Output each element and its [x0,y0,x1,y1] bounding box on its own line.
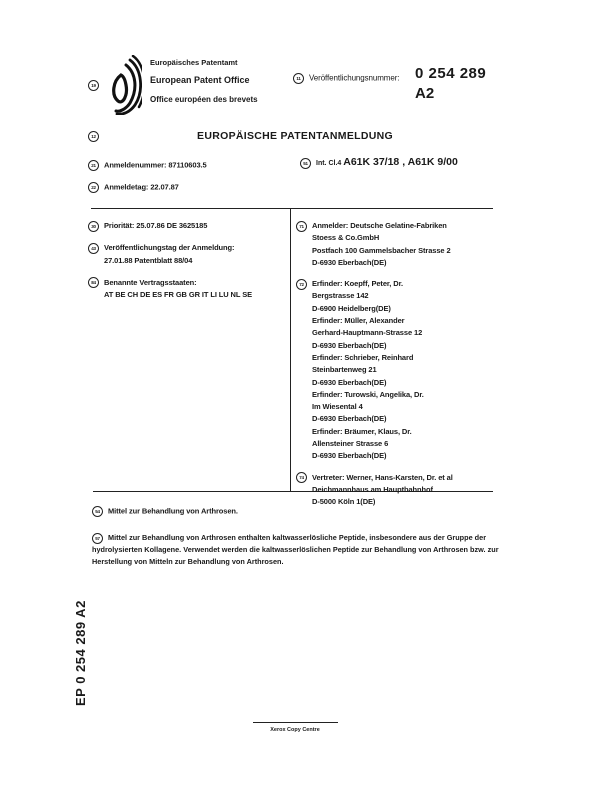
filing-date-label: Anmeldetag: [104,182,148,191]
priority-label: Priorität: [104,221,134,230]
inid-code-57: 57 [92,533,103,544]
inid-code-74: 74 [296,472,307,483]
inid-code-54: 54 [92,506,103,517]
inid-code-72: 72 [296,279,307,290]
office-name-en: European Patent Office [150,75,250,85]
applicant-line: Deutsche Gelatine-Fabriken [350,221,447,230]
representative-line: Deichmannhaus am Hauptbahnhof [296,484,496,496]
designated-states-label: Benannte Vertragsstaaten: [104,278,197,287]
int-cl-value: A61K 37/18 , A61K 9/00 [343,156,458,168]
inid-code-30: 30 [88,221,99,232]
applicant-line: Stoess & Co.GmbH [296,232,496,244]
publication-date-value: 27.01.88 Patentblatt 88/04 [88,255,288,267]
left-column: 30Priorität: 25.07.86 DE 3625185 43Veröf… [88,220,288,301]
right-column: 71Anmelder: Deutsche Gelatine-Fabriken S… [296,220,496,509]
inventor-line: Erfinder: Koepff, Peter, Dr. [312,279,403,288]
inventor-line: D-6930 Eberbach(DE) [296,377,496,389]
inventor-line: Erfinder: Turowski, Angelika, Dr. [296,389,496,401]
office-name-de: Europäisches Patentamt [150,58,238,67]
application-number-label: Anmeldenummer: [104,160,166,169]
publication-date-label: Veröffentlichungstag der Anmeldung: [104,243,234,252]
publication-kind: A2 [415,85,434,102]
priority-value: 25.07.86 DE 3625185 [136,221,207,230]
invention-title-field: 54Mittel zur Behandlung von Arthrosen. [92,506,238,517]
inventor-line: D-6900 Heidelberg(DE) [296,303,496,315]
inid-code-51: 51 [300,158,311,169]
side-publication-id: EP 0 254 289 A2 [73,600,88,706]
inid-code-11: 11 [293,73,304,84]
footer-rule [253,722,338,723]
representative-field: 74Vertreter: Werner, Hans-Karsten, Dr. e… [296,472,496,509]
footer-xerox: Xerox Copy Centre [0,727,590,733]
document-type-title: EUROPÄISCHE PATENTANMELDUNG [0,130,590,142]
inventor-line: Erfinder: Schrieber, Reinhard [296,352,496,364]
inventor-line: D-6930 Eberbach(DE) [296,340,496,352]
inventor-line: Erfinder: Bräumer, Klaus, Dr. [296,426,496,438]
representative-line: D-5000 Köln 1(DE) [296,496,496,508]
applicant-label: Anmelder: [312,221,348,230]
designated-states-value: AT BE CH DE ES FR GB GR IT LI LU NL SE [88,289,288,301]
inid-code-71: 71 [296,221,307,232]
inventor-line: Im Wiesental 4 [296,401,496,413]
inventor-line: Erfinder: Müller, Alexander [296,315,496,327]
abstract: 57Mittel zur Behandlung von Arthrosen en… [92,532,532,568]
representative-label: Vertreter: [312,473,344,482]
application-number-value: 87110603.5 [168,160,206,169]
filing-date-value: 22.07.87 [150,182,178,191]
inid-code-21: 21 [88,160,99,171]
abstract-text: Mittel zur Behandlung von Arthrosen enth… [92,533,499,566]
designated-states-field: 84Benannte Vertragsstaaten: AT BE CH DE … [88,277,288,302]
inventor-line: Allensteiner Strasse 6 [296,438,496,450]
inventor-line: Gerhard-Hauptmann-Strasse 12 [296,327,496,339]
inid-code-84: 84 [88,277,99,288]
publication-number: 0 254 289 [415,65,486,82]
epo-logo-icon [108,55,142,115]
inventor-line: D-6930 Eberbach(DE) [296,413,496,425]
publication-date-field: 43Veröffentlichungstag der Anmeldung: 27… [88,242,288,267]
invention-title: Mittel zur Behandlung von Arthrosen. [108,506,238,515]
applicant-line: D-6930 Eberbach(DE) [296,257,496,269]
priority-field: 30Priorität: 25.07.86 DE 3625185 [88,220,288,232]
inid-code-43: 43 [88,243,99,254]
filing-date-field: 22Anmeldetag: 22.07.87 [88,182,179,193]
pubnum-label: Veröffentlichungsnummer: [309,74,399,83]
inventors-field: 72Erfinder: Koepff, Peter, Dr. Bergstras… [296,278,496,462]
applicant-field: 71Anmelder: Deutsche Gelatine-Fabriken S… [296,220,496,269]
applicant-line: Postfach 100 Gammelsbacher Strasse 2 [296,245,496,257]
column-divider [290,208,291,491]
application-number-field: 21Anmeldenummer: 87110603.5 [88,160,207,171]
inventor-line: Steinbartenweg 21 [296,364,496,376]
inid-code-19: 19 [88,80,99,91]
pubnum-field: 11Veröffentlichungsnummer: [293,73,399,84]
inventor-line: D-6930 Eberbach(DE) [296,450,496,462]
inid-code-22: 22 [88,182,99,193]
inventor-line: Bergstrasse 142 [296,290,496,302]
representative-line: Werner, Hans-Karsten, Dr. et al [346,473,452,482]
int-cl-field: 51Int. Cl.4 A61K 37/18 , A61K 9/00 [300,156,458,169]
office-name-fr: Office européen des brevets [150,95,258,104]
top-rule [91,208,493,209]
int-cl-label: Int. Cl.4 [316,160,341,167]
